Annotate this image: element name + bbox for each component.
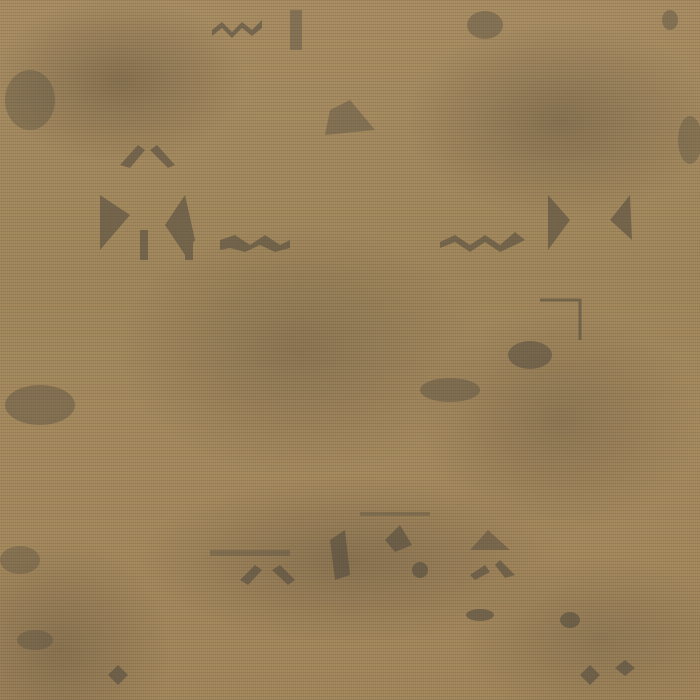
rug-motifs xyxy=(0,0,700,700)
rug-texture xyxy=(0,0,700,700)
